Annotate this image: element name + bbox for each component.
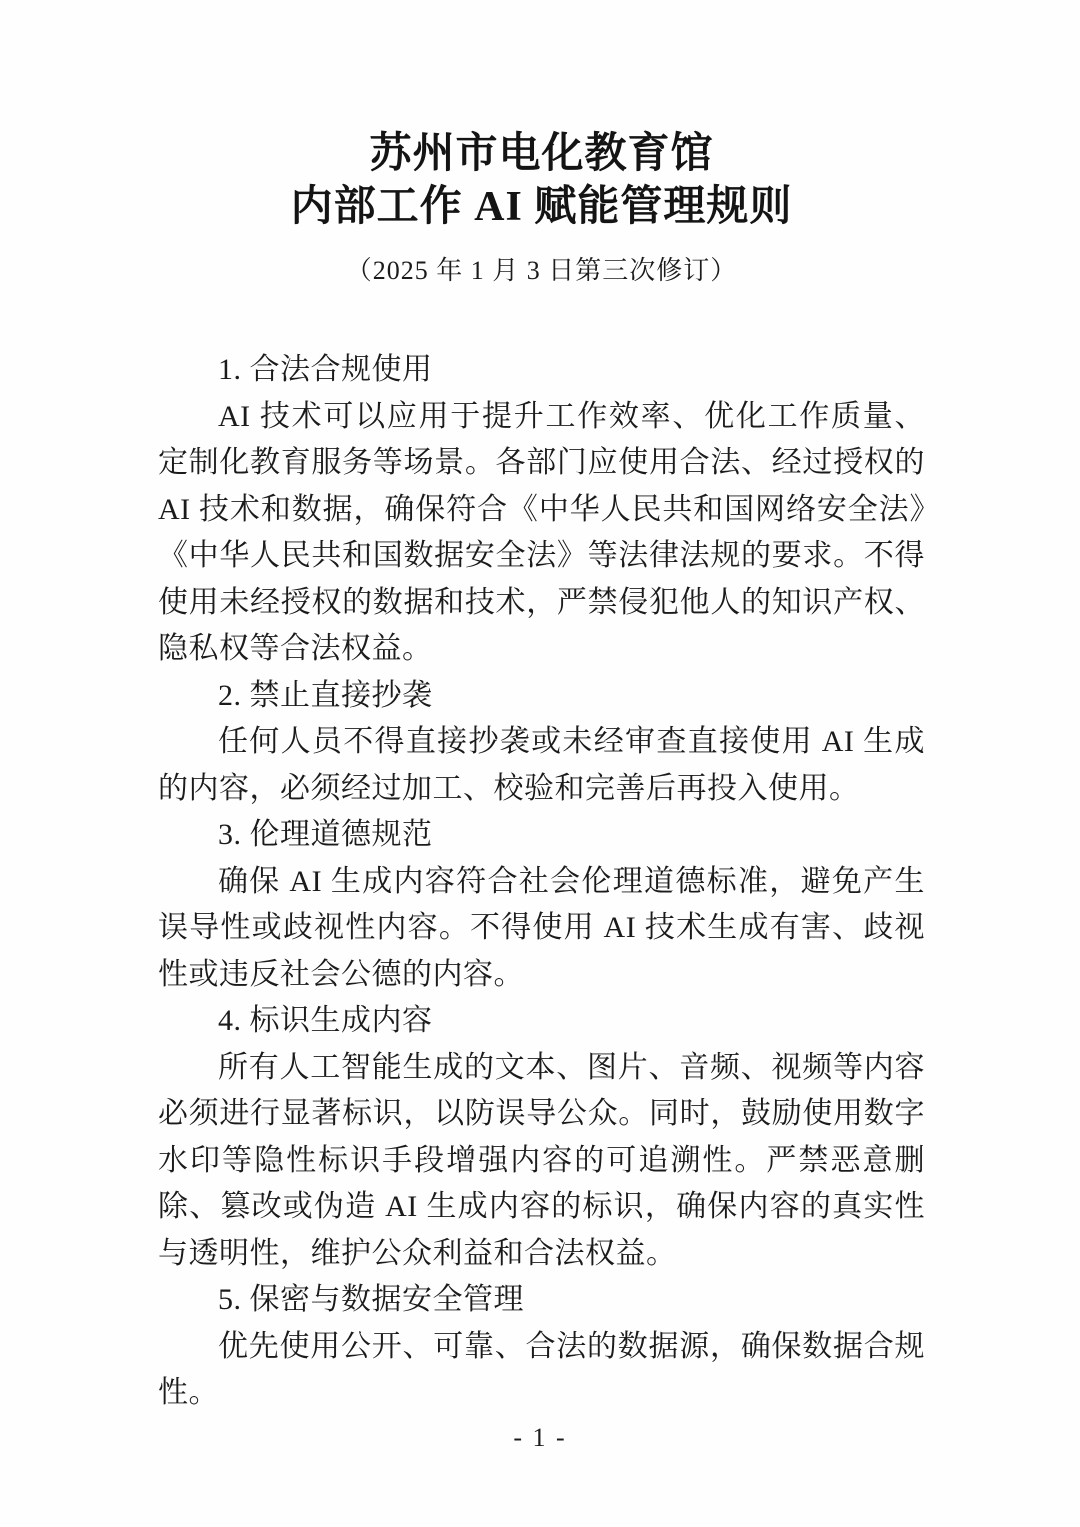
page-number: - 1 - — [513, 1423, 566, 1452]
section-no-plagiarism: 2. 禁止直接抄袭 任何人员不得直接抄袭或未经审查直接使用 AI 生成的内容，必… — [158, 673, 925, 813]
section-2-paragraph: 任何人员不得直接抄袭或未经审查直接使用 AI 生成的内容，必须经过加工、校验和完… — [158, 719, 925, 812]
section-3-paragraph: 确保 AI 生成内容符合社会伦理道德标准，避免产生误导性或歧视性内容。不得使用 … — [158, 859, 925, 999]
page-footer: - 1 - — [0, 1423, 1080, 1453]
document-header: 苏州市电化教育馆 内部工作 AI 赋能管理规则 （2025 年 1 月 3 日第… — [158, 128, 925, 287]
section-5-paragraph: 优先使用公开、可靠、合法的数据源，确保数据合规性。 — [158, 1324, 925, 1417]
section-3-heading: 3. 伦理道德规范 — [158, 812, 925, 859]
section-4-paragraph: 所有人工智能生成的文本、图片、音频、视频等内容必须进行显著标识，以防误导公众。同… — [158, 1045, 925, 1278]
section-data-security: 5. 保密与数据安全管理 优先使用公开、可靠、合法的数据源，确保数据合规性。 — [158, 1277, 925, 1417]
section-5-heading: 5. 保密与数据安全管理 — [158, 1277, 925, 1324]
document-page: 苏州市电化教育馆 内部工作 AI 赋能管理规则 （2025 年 1 月 3 日第… — [0, 0, 1080, 1527]
section-ethics: 3. 伦理道德规范 确保 AI 生成内容符合社会伦理道德标准，避免产生误导性或歧… — [158, 812, 925, 998]
title-line-2: 内部工作 AI 赋能管理规则 — [158, 181, 925, 234]
section-1-heading: 1. 合法合规使用 — [158, 347, 925, 394]
section-1-paragraph: AI 技术可以应用于提升工作效率、优化工作质量、定制化教育服务等场景。各部门应使… — [158, 394, 925, 673]
document-body: 1. 合法合规使用 AI 技术可以应用于提升工作效率、优化工作质量、定制化教育服… — [158, 347, 925, 1417]
document-title: 苏州市电化教育馆 内部工作 AI 赋能管理规则 — [158, 128, 925, 234]
section-4-heading: 4. 标识生成内容 — [158, 998, 925, 1045]
section-content-labeling: 4. 标识生成内容 所有人工智能生成的文本、图片、音频、视频等内容必须进行显著标… — [158, 998, 925, 1277]
revision-note: （2025 年 1 月 3 日第三次修订） — [158, 250, 925, 287]
section-2-heading: 2. 禁止直接抄袭 — [158, 673, 925, 720]
title-line-1: 苏州市电化教育馆 — [158, 128, 925, 181]
section-legal-compliance: 1. 合法合规使用 AI 技术可以应用于提升工作效率、优化工作质量、定制化教育服… — [158, 347, 925, 673]
